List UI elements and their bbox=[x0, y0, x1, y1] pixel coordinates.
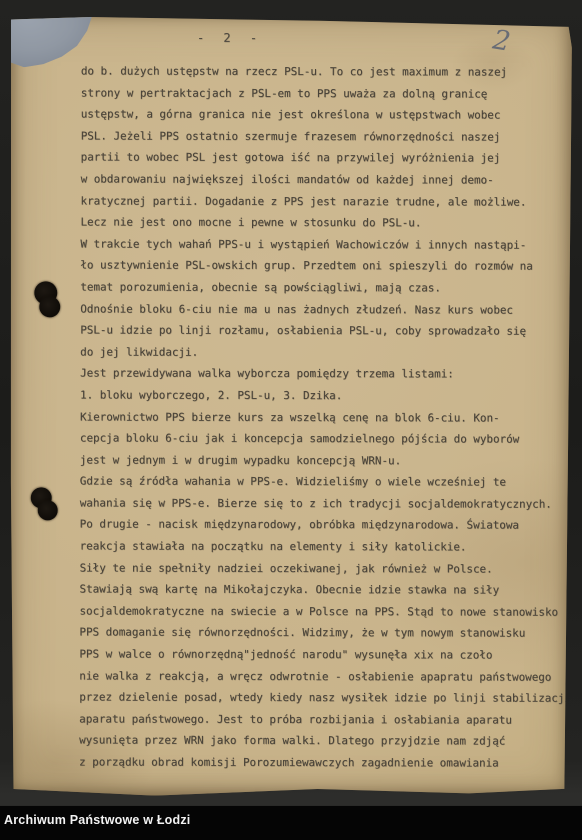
typed-line: PPS w walce o równorzędną"jedność narodu… bbox=[79, 643, 575, 666]
typed-line: do b. dużych ustępstw na rzecz PSL-u. To… bbox=[81, 60, 577, 83]
typed-line: wahania się w PPS-e. Bierze się to z ich… bbox=[80, 492, 576, 515]
corner-stain bbox=[9, 13, 93, 67]
typed-line: w obdarowaniu największej ilości mandató… bbox=[81, 168, 577, 191]
typed-line: Lecz nie jest ono mocne i pewne w stosun… bbox=[80, 212, 576, 235]
typed-line: Odnośnie bloku 6-ciu nie ma u nas żadnyc… bbox=[80, 298, 576, 321]
typed-text-block: do b. dużych ustępstw na rzecz PSL-u. To… bbox=[79, 60, 577, 774]
archive-footer-label: Archiwum Państwowe w Łodzi bbox=[4, 813, 190, 827]
typed-line: nie walka z reakcją, a wręcz odwrotnie -… bbox=[79, 665, 575, 688]
typed-line: do jej likwidacji. bbox=[80, 341, 576, 364]
typed-line: Stawiają swą kartę na Mikołajczyka. Obec… bbox=[79, 579, 575, 602]
typed-line: aparatu państwowego. Jest to próba rozbi… bbox=[79, 708, 575, 731]
typed-line: Jest przewidywana walka wyborcza pomiędz… bbox=[80, 363, 576, 386]
typed-line: kratycznej partii. Dogadanie z PPS jest … bbox=[81, 190, 577, 213]
typed-line: partii to wobec PSL jest gotowa iść na p… bbox=[81, 147, 577, 170]
typed-line: PSL. Jeżeli PPS ostatnio szermuje frazes… bbox=[81, 125, 577, 148]
page-number: - 2 - bbox=[197, 31, 263, 45]
handwritten-page-number: 2 bbox=[491, 24, 513, 57]
scan-frame: - 2 - 2 do b. dużych ustępstw na rzecz P… bbox=[0, 0, 582, 840]
typed-line: Siły te nie spełniły nadziei oczekiwanej… bbox=[80, 557, 576, 580]
typed-line: socjaldemokratyczne na swiecie a w Polsc… bbox=[79, 600, 575, 623]
ink-mark bbox=[31, 487, 71, 525]
typed-line: W trakcie tych wahań PPS-u i wystąpień W… bbox=[80, 233, 576, 256]
typed-line: ustępstw, a górna granica nie jest okreś… bbox=[81, 104, 577, 127]
document-page: - 2 - 2 do b. dużych ustępstw na rzecz P… bbox=[9, 15, 572, 796]
typed-line: 1. bloku wyborczego, 2. PSL-u, 3. Dzika. bbox=[80, 384, 576, 407]
typed-line: jest w jednym i w drugim wypadku koncepc… bbox=[80, 449, 576, 472]
archive-footer-bar: Archiwum Państwowe w Łodzi bbox=[0, 806, 582, 840]
typed-line: przez dzielenie posad, wtedy kiedy nasz … bbox=[79, 687, 575, 710]
typed-line: PSL-u idzie po linji rozłamu, osłabienia… bbox=[80, 320, 576, 343]
typed-line: cepcja bloku 6-ciu jak i koncepcja samod… bbox=[80, 428, 576, 451]
typed-line: strony w pertraktacjach z PSL-em to PPS … bbox=[81, 82, 577, 105]
typed-line: Gdzie są źródła wahania w PPS-e. Widziel… bbox=[80, 471, 576, 494]
typed-line: PPS domaganie się równorzędności. Widzim… bbox=[79, 622, 575, 645]
ink-dot bbox=[38, 500, 58, 520]
typed-line: ło usztywnienie PSL-owskich grup. Przedt… bbox=[80, 255, 576, 278]
typed-line: Kierownictwo PPS bierze kurs za wszelką … bbox=[80, 406, 576, 429]
typed-line: z porządku obrad komisji Porozumiewawczy… bbox=[79, 751, 575, 774]
typed-line: Po drugie - nacisk międzynarodowy, obrób… bbox=[80, 514, 576, 537]
ink-mark bbox=[34, 281, 74, 321]
ink-dot bbox=[39, 296, 60, 317]
typed-line: wysunięta przez WRN jako forma walki. Dl… bbox=[79, 730, 575, 753]
typed-line: temat porozumienia, obecnie są powściągl… bbox=[80, 276, 576, 299]
typed-line: reakcja stawiała na początku na elementy… bbox=[80, 536, 576, 559]
